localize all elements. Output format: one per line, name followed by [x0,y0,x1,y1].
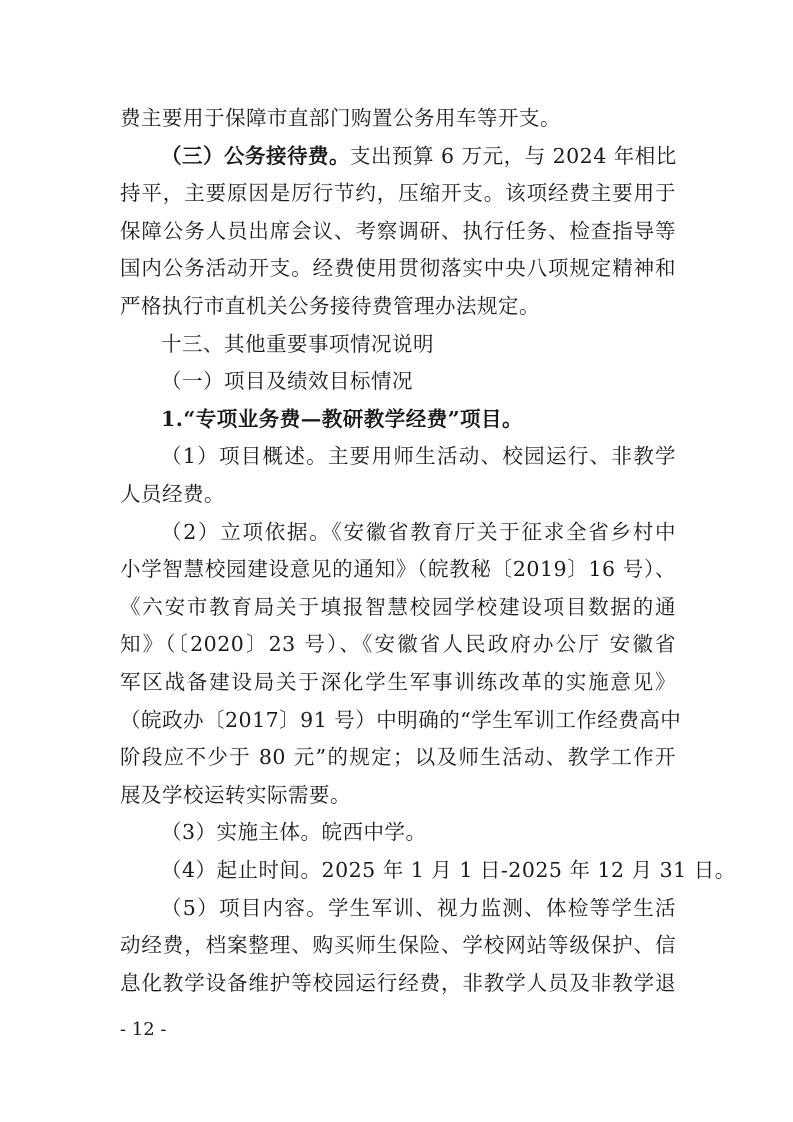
paragraph-line: （2）立项依据。《安徽省教育厅关于征求全省乡村中 [120,514,676,551]
paragraph-line: 息化教学设备维护等校园运行经费，非教学人员及非教学退 [120,965,676,1002]
section-heading: （一）项目及绩效目标情况 [120,363,676,400]
paragraph-line: （3）实施主体。皖西中学。 [120,814,676,851]
line-text: 人员经费。 [120,482,225,506]
page-number: - 12 - [120,1018,167,1042]
line-text: （2）立项依据。《安徽省教育厅关于征求全省乡村中 [161,520,676,544]
paragraph-line: （5）项目内容。学生军训、视力监测、体检等学生活 [120,890,676,927]
line-text: 阶段应不少于 80 元”的规定；以及师生活动、教学工作开 [120,745,676,769]
paragraph-line: （皖政办〔2017〕91 号）中明确的“学生军训工作经费高中 [120,702,676,739]
line-text: 支出预算 6 万元，与 2024 年相比 [350,144,677,168]
paragraph-line: 国内公务活动开支。经费使用贯彻落实中央八项规定精神和 [120,250,676,287]
line-text: （1）项目概述。主要用师生活动、校园运行、非教学 [161,444,676,468]
paragraph-line: 军区战备建设局关于深化学生军事训练改革的实施意见》 [120,664,676,701]
paragraph-line: 保障公务人员出席会议、考察调研、执行任务、检查指导等 [120,213,676,250]
paragraph-line: 费主要用于保障市直部门购置公务用车等开支。 [120,100,676,137]
paragraph-line: 阶段应不少于 80 元”的规定；以及师生活动、教学工作开 [120,739,676,776]
paragraph-line: 小学智慧校园建设意见的通知》（皖教秘〔2019〕16 号）、 [120,551,676,588]
bold-lead: （三）公务接待费。 [161,144,350,168]
line-text: （5）项目内容。学生军训、视力监测、体检等学生活 [161,896,676,920]
paragraph-line: 动经费，档案整理、购买师生保险、学校网站等级保护、信 [120,927,676,964]
line-text: 军区战备建设局关于深化学生军事训练改革的实施意见》 [120,670,676,694]
paragraph-line: 持平，主要原因是厉行节约，压缩开支。该项经费主要用于 [120,175,676,212]
line-text: （皖政办〔2017〕91 号）中明确的“学生军训工作经费高中 [120,708,681,732]
line-text: 息化教学设备维护等校园运行经费，非教学人员及非教学退 [120,971,676,995]
line-text: 知》（〔2020〕23 号）、《安徽省人民政府办公厅 安徽省 [120,632,676,656]
line-text: 国内公务活动开支。经费使用贯彻落实中央八项规定精神和 [120,256,676,280]
line-text: 小学智慧校园建设意见的通知》（皖教秘〔2019〕16 号）、 [120,557,676,581]
paragraph-line: 《六安市教育局关于填报智慧校园学校建设项目数据的通 [120,589,676,626]
line-text: 十三、其他重要事项情况说明 [161,332,434,356]
line-text: 严格执行市直机关公务接待费管理办法规定。 [120,294,540,318]
paragraph-line: 展及学校运转实际需要。 [120,777,676,814]
bold-lead: 1.“专项业务费—教研教学经费”项目。 [161,407,523,431]
paragraph-line: 知》（〔2020〕23 号）、《安徽省人民政府办公厅 安徽省 [120,626,676,663]
line-text: 展及学校运转实际需要。 [120,783,351,807]
paragraph-line: （4）起止时间。2025 年 1 月 1 日-2025 年 12 月 31 日。 [120,852,676,889]
line-text: 动经费，档案整理、购买师生保险、学校网站等级保护、信 [120,933,676,957]
paragraph-line: （1）项目概述。主要用师生活动、校园运行、非教学 [120,438,676,475]
paragraph-line: 人员经费。 [120,476,676,513]
paragraph-line: 严格执行市直机关公务接待费管理办法规定。 [120,288,676,325]
line-text: （3）实施主体。皖西中学。 [161,820,427,844]
line-text: 费主要用于保障市直部门购置公务用车等开支。 [120,106,561,130]
line-text: 持平，主要原因是厉行节约，压缩开支。该项经费主要用于 [120,181,676,205]
section-heading: 十三、其他重要事项情况说明 [120,326,676,363]
line-text: （4）起止时间。2025 年 1 月 1 日-2025 年 12 月 31 日。 [161,858,736,882]
line-text: 保障公务人员出席会议、考察调研、执行任务、检查指导等 [120,219,676,243]
line-text: 《六安市教育局关于填报智慧校园学校建设项目数据的通 [120,595,676,619]
paragraph-line: （三）公务接待费。支出预算 6 万元，与 2024 年相比 [120,138,676,175]
paragraph-line: 1.“专项业务费—教研教学经费”项目。 [120,401,676,438]
line-text: （一）项目及绩效目标情况 [161,369,413,393]
